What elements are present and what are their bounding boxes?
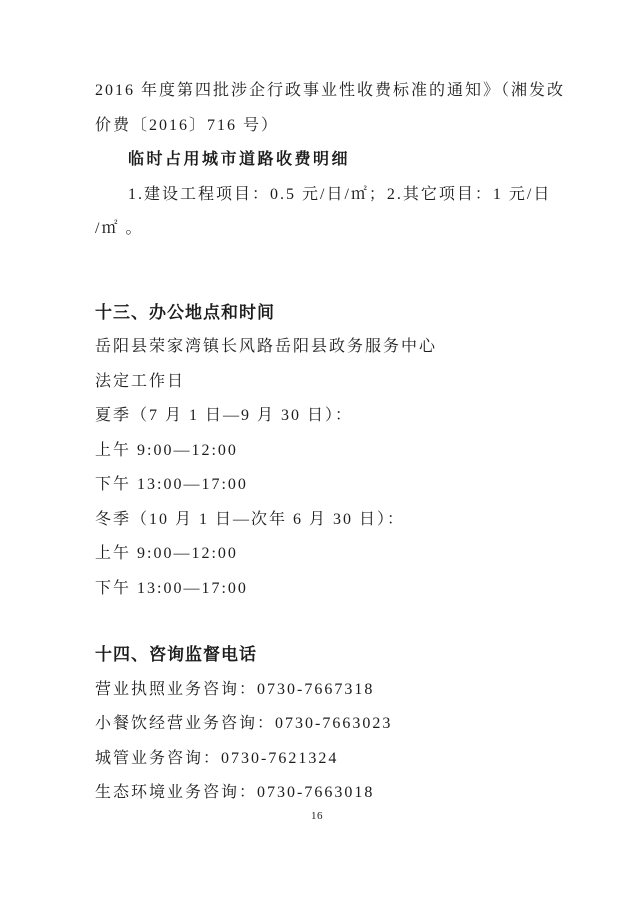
page-number: 16 <box>0 810 634 822</box>
urban-management-phone: 城管业务咨询：0730-7621324 <box>95 742 547 777</box>
workday-note: 法定工作日 <box>95 365 547 400</box>
winter-afternoon-hours: 下午 13:00—17:00 <box>95 572 547 607</box>
document-body: 2016 年度第四批涉企行政事业性收费标准的通知》（湘发改 价费〔2016〕71… <box>95 74 547 811</box>
document-page: 2016 年度第四批涉企行政事业性收费标准的通知》（湘发改 价费〔2016〕71… <box>0 0 634 898</box>
summer-schedule-label: 夏季（7 月 1 日—9 月 30 日）： <box>95 399 547 434</box>
section-gap <box>95 606 547 638</box>
business-license-phone: 营业执照业务咨询：0730-7667318 <box>95 673 547 708</box>
small-catering-phone: 小餐饮经营业务咨询：0730-7663023 <box>95 707 547 742</box>
ecology-environment-phone: 生态环境业务咨询：0730-7663018 <box>95 776 547 811</box>
summer-morning-hours: 上午 9:00—12:00 <box>95 434 547 469</box>
winter-schedule-label: 冬季（10 月 1 日—次年 6 月 30 日）： <box>95 503 547 538</box>
section-14-heading: 十四、咨询监督电话 <box>95 638 547 673</box>
summer-afternoon-hours: 下午 13:00—17:00 <box>95 468 547 503</box>
notice-reference-line-1: 2016 年度第四批涉企行政事业性收费标准的通知》（湘发改 <box>95 74 547 109</box>
road-fee-subheading: 临时占用城市道路收费明细 <box>95 143 547 178</box>
notice-reference-line-2: 价费〔2016〕716 号） <box>95 109 547 144</box>
road-fee-detail-line-1: 1.建设工程项目：0.5 元/日/㎡；2.其它项目：1 元/日 <box>95 178 547 213</box>
section-13-heading: 十三、办公地点和时间 <box>95 296 547 331</box>
office-address: 岳阳县荣家湾镇长风路岳阳县政务服务中心 <box>95 330 547 365</box>
section-gap <box>95 247 547 296</box>
road-fee-detail-line-2: /㎡ 。 <box>95 212 547 247</box>
winter-morning-hours: 上午 9:00—12:00 <box>95 537 547 572</box>
